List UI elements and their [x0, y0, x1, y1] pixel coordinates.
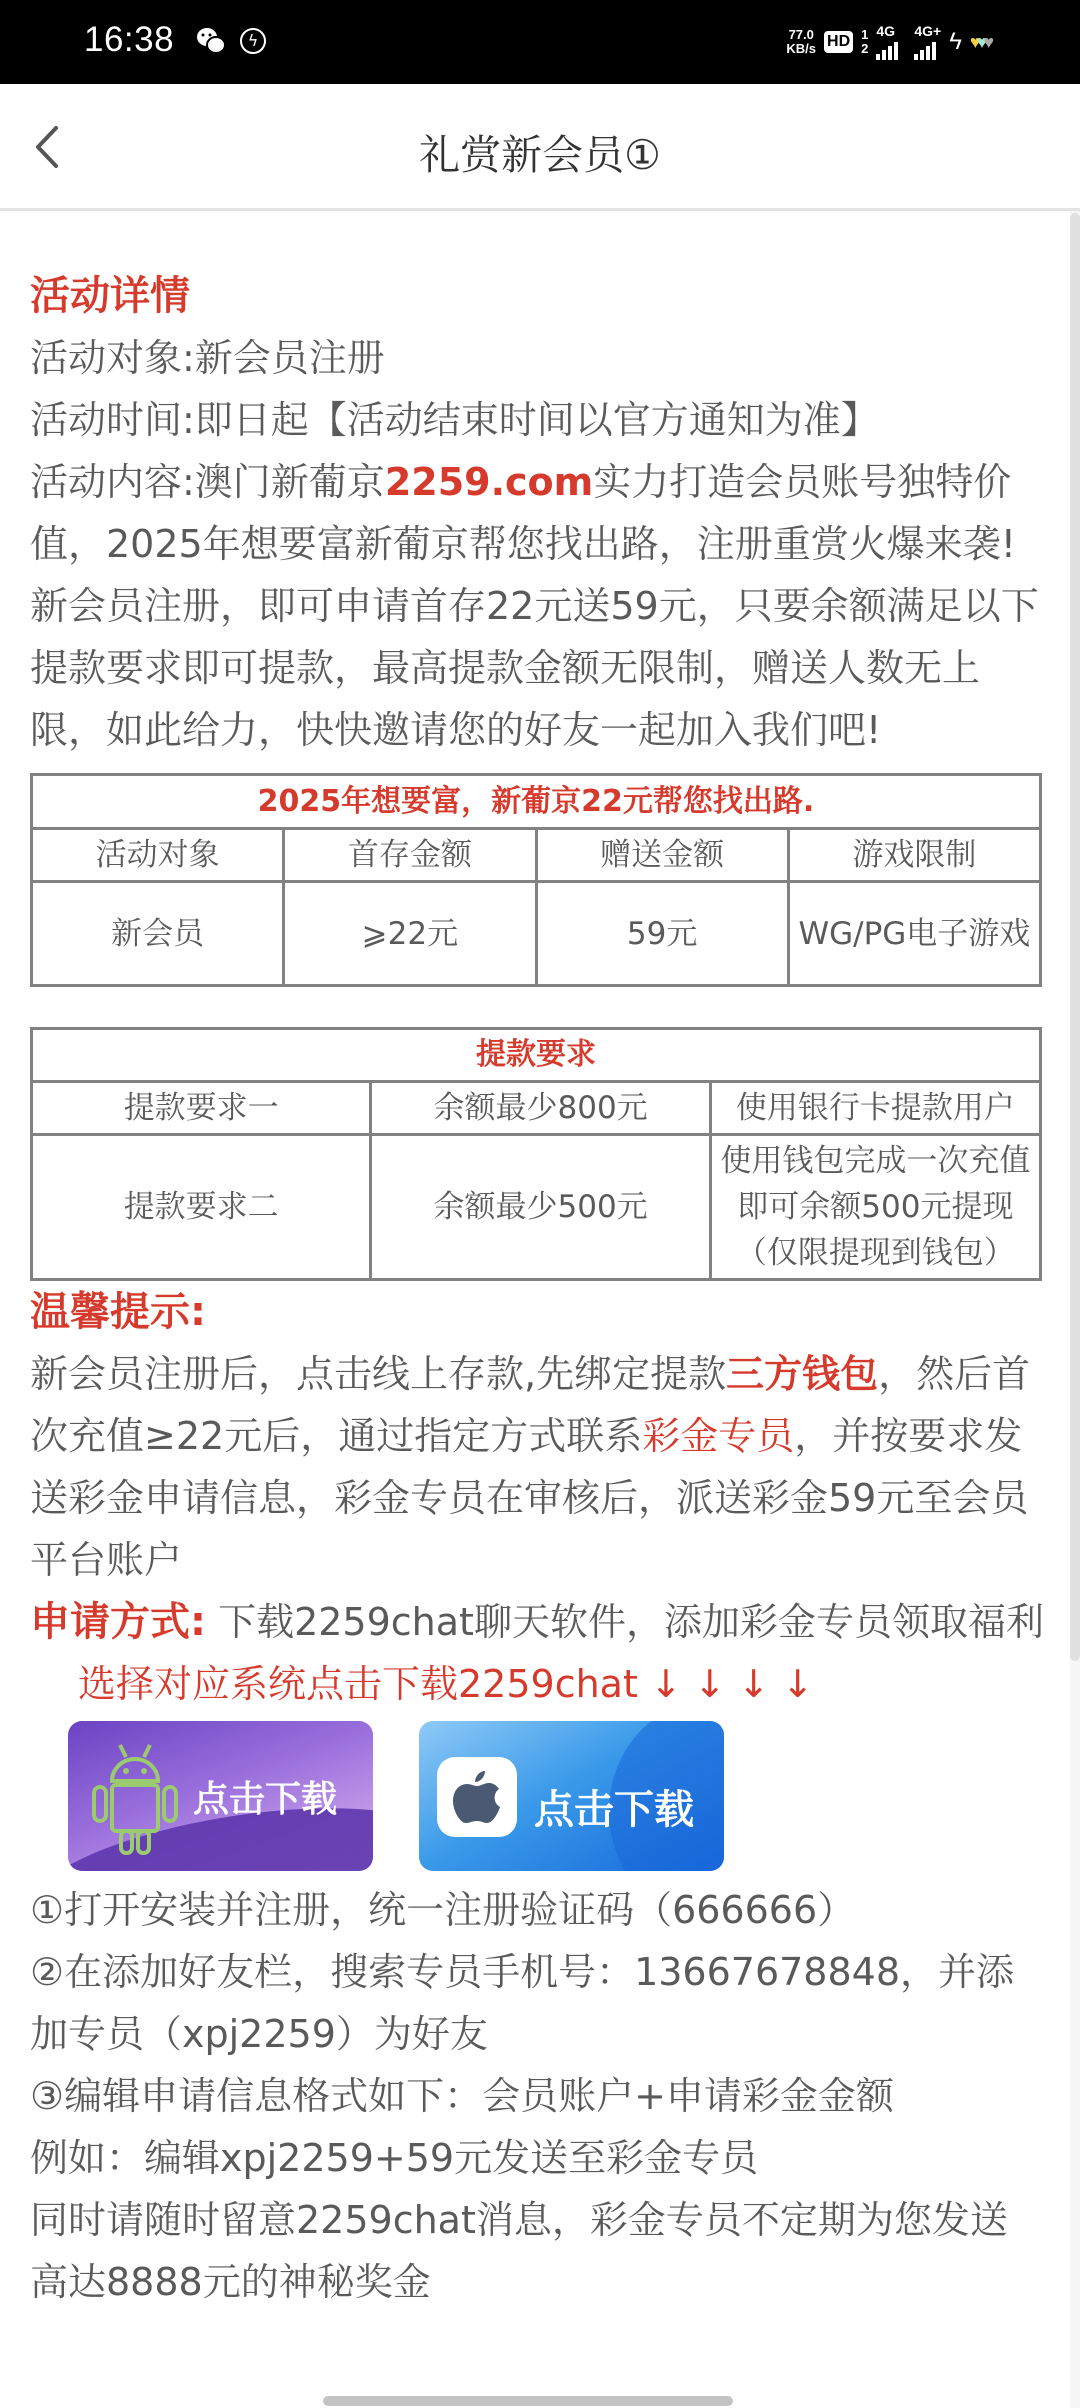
- android-download-label: 点击下载: [193, 1771, 337, 1822]
- apple-icon: [451, 1767, 503, 1827]
- app-icon-frame: [437, 1757, 517, 1837]
- column-header: 活动对象: [32, 829, 284, 882]
- table-row: 提款要求二 余额最少500元 使用钱包完成一次充值即可余额500元提现（仅限提现…: [32, 1135, 1041, 1280]
- promo-table-title: 2025年想要富，新葡京22元帮您找出路.: [32, 775, 1041, 829]
- signal-icon: [914, 38, 936, 60]
- select-system-hint: 选择对应系统点击下载2259chat ↓ ↓ ↓ ↓: [30, 1653, 1045, 1715]
- ios-download-label: 点击下载: [534, 1778, 694, 1835]
- wechat-icon: [195, 26, 227, 56]
- table-cell: 使用钱包完成一次充值即可余额500元提现（仅限提现到钱包）: [710, 1135, 1040, 1280]
- details-time: 活动时间:即日起【活动结束时间以官方通知为准】: [30, 389, 1045, 451]
- article-content: 活动详情 活动对象:新会员注册 活动时间:即日起【活动结束时间以官方通知为准】 …: [30, 265, 1045, 2313]
- details-target: 活动对象:新会员注册: [30, 327, 1045, 389]
- step-2: ②在添加好友栏，搜索专员手机号：13667678848，并添加专员（xpj225…: [30, 1941, 1045, 2065]
- sim-index: 1 2: [861, 28, 868, 56]
- sim2-signal: 4G+: [914, 24, 941, 60]
- details-heading: 活动详情: [30, 265, 1045, 327]
- table-cell: 使用银行卡提款用户: [710, 1082, 1040, 1135]
- android-icon: [90, 1739, 180, 1859]
- page-title: 礼赏新会员①: [0, 122, 1080, 181]
- charging-bolt-icon: ϟ: [949, 28, 962, 56]
- table-cell: 新会员: [32, 882, 284, 986]
- step-3: ③编辑申请信息格式如下：会员账户+申请彩金金额: [30, 2065, 1045, 2127]
- hd-voice-icon: HD: [824, 31, 853, 53]
- scrollbar-thumb[interactable]: [1070, 213, 1080, 1661]
- sim1-signal: 4G: [876, 24, 898, 60]
- withdraw-table: 提款要求 提款要求一 余额最少800元 使用银行卡提款用户 提款要求二 余额最少…: [30, 1027, 1042, 1281]
- net-speed: 77.0 KB/s: [786, 28, 816, 56]
- table-row: 提款要求一 余额最少800元 使用银行卡提款用户: [32, 1082, 1041, 1135]
- apply-label: 申请方式:: [30, 1599, 206, 1645]
- third-party-wallet-highlight: 三方钱包: [726, 1352, 878, 1396]
- table-cell: 提款要求一: [32, 1082, 371, 1135]
- details-content: 活动内容:澳门新葡京2259.com实力打造会员账号独特价值，2025年想要富新…: [30, 451, 1045, 761]
- status-bar: 16:38 ϟ 77.0 KB/s HD 1 2 4G 4G+ ϟ ♥♥♥: [0, 0, 1080, 84]
- status-right-group: 77.0 KB/s HD 1 2 4G 4G+ ϟ ♥♥♥: [786, 22, 990, 62]
- download-buttons: 点击下载 点击下载: [30, 1721, 1045, 1871]
- brand-domain: 2259.com: [385, 460, 593, 504]
- nav-header: 礼赏新会员①: [0, 84, 1080, 211]
- step-1: ①打开安装并注册，统一注册验证码（666666）: [30, 1879, 1045, 1941]
- table-cell: WG/PG电子游戏: [788, 882, 1040, 986]
- table-cell: 余额最少800元: [371, 1082, 710, 1135]
- table-header-row: 活动对象 首存金额 赠送金额 游戏限制: [32, 829, 1041, 882]
- table-cell: 余额最少500元: [371, 1135, 710, 1280]
- home-indicator[interactable]: [323, 2396, 733, 2406]
- step-note: 同时请随时留意2259chat消息，彩金专员不定期为您发送高达8888元的神秘奖…: [30, 2189, 1045, 2313]
- apply-method: 申请方式: 下载2259chat聊天软件，添加彩金专员领取福利: [30, 1591, 1045, 1653]
- ios-download-button[interactable]: 点击下载: [419, 1721, 724, 1871]
- table-row: 新会员 ⩾22元 59元 WG/PG电子游戏: [32, 882, 1041, 986]
- battery-hearts-icon: ♥♥♥: [970, 32, 990, 53]
- table-cell: 提款要求二: [32, 1135, 371, 1280]
- table-cell: 59元: [536, 882, 788, 986]
- column-header: 赠送金额: [536, 829, 788, 882]
- signal-icon: [876, 38, 898, 60]
- flash-circle-icon: ϟ: [240, 28, 266, 54]
- tips-text: 新会员注册后，点击线上存款,先绑定提款三方钱包，然后首次充值≥22元后，通过指定…: [30, 1343, 1045, 1591]
- withdraw-table-title: 提款要求: [32, 1029, 1041, 1082]
- tips-heading: 温馨提示:: [30, 1281, 1045, 1343]
- status-time: 16:38: [84, 20, 174, 60]
- column-header: 游戏限制: [788, 829, 1040, 882]
- android-download-button[interactable]: 点击下载: [68, 1721, 373, 1871]
- step-example: 例如：编辑xpj2259+59元发送至彩金专员: [30, 2127, 1045, 2189]
- promo-table: 2025年想要富，新葡京22元帮您找出路. 活动对象 首存金额 赠送金额 游戏限…: [30, 773, 1042, 987]
- table-cell: ⩾22元: [284, 882, 536, 986]
- column-header: 首存金额: [284, 829, 536, 882]
- bonus-agent-highlight: 彩金专员: [642, 1414, 794, 1458]
